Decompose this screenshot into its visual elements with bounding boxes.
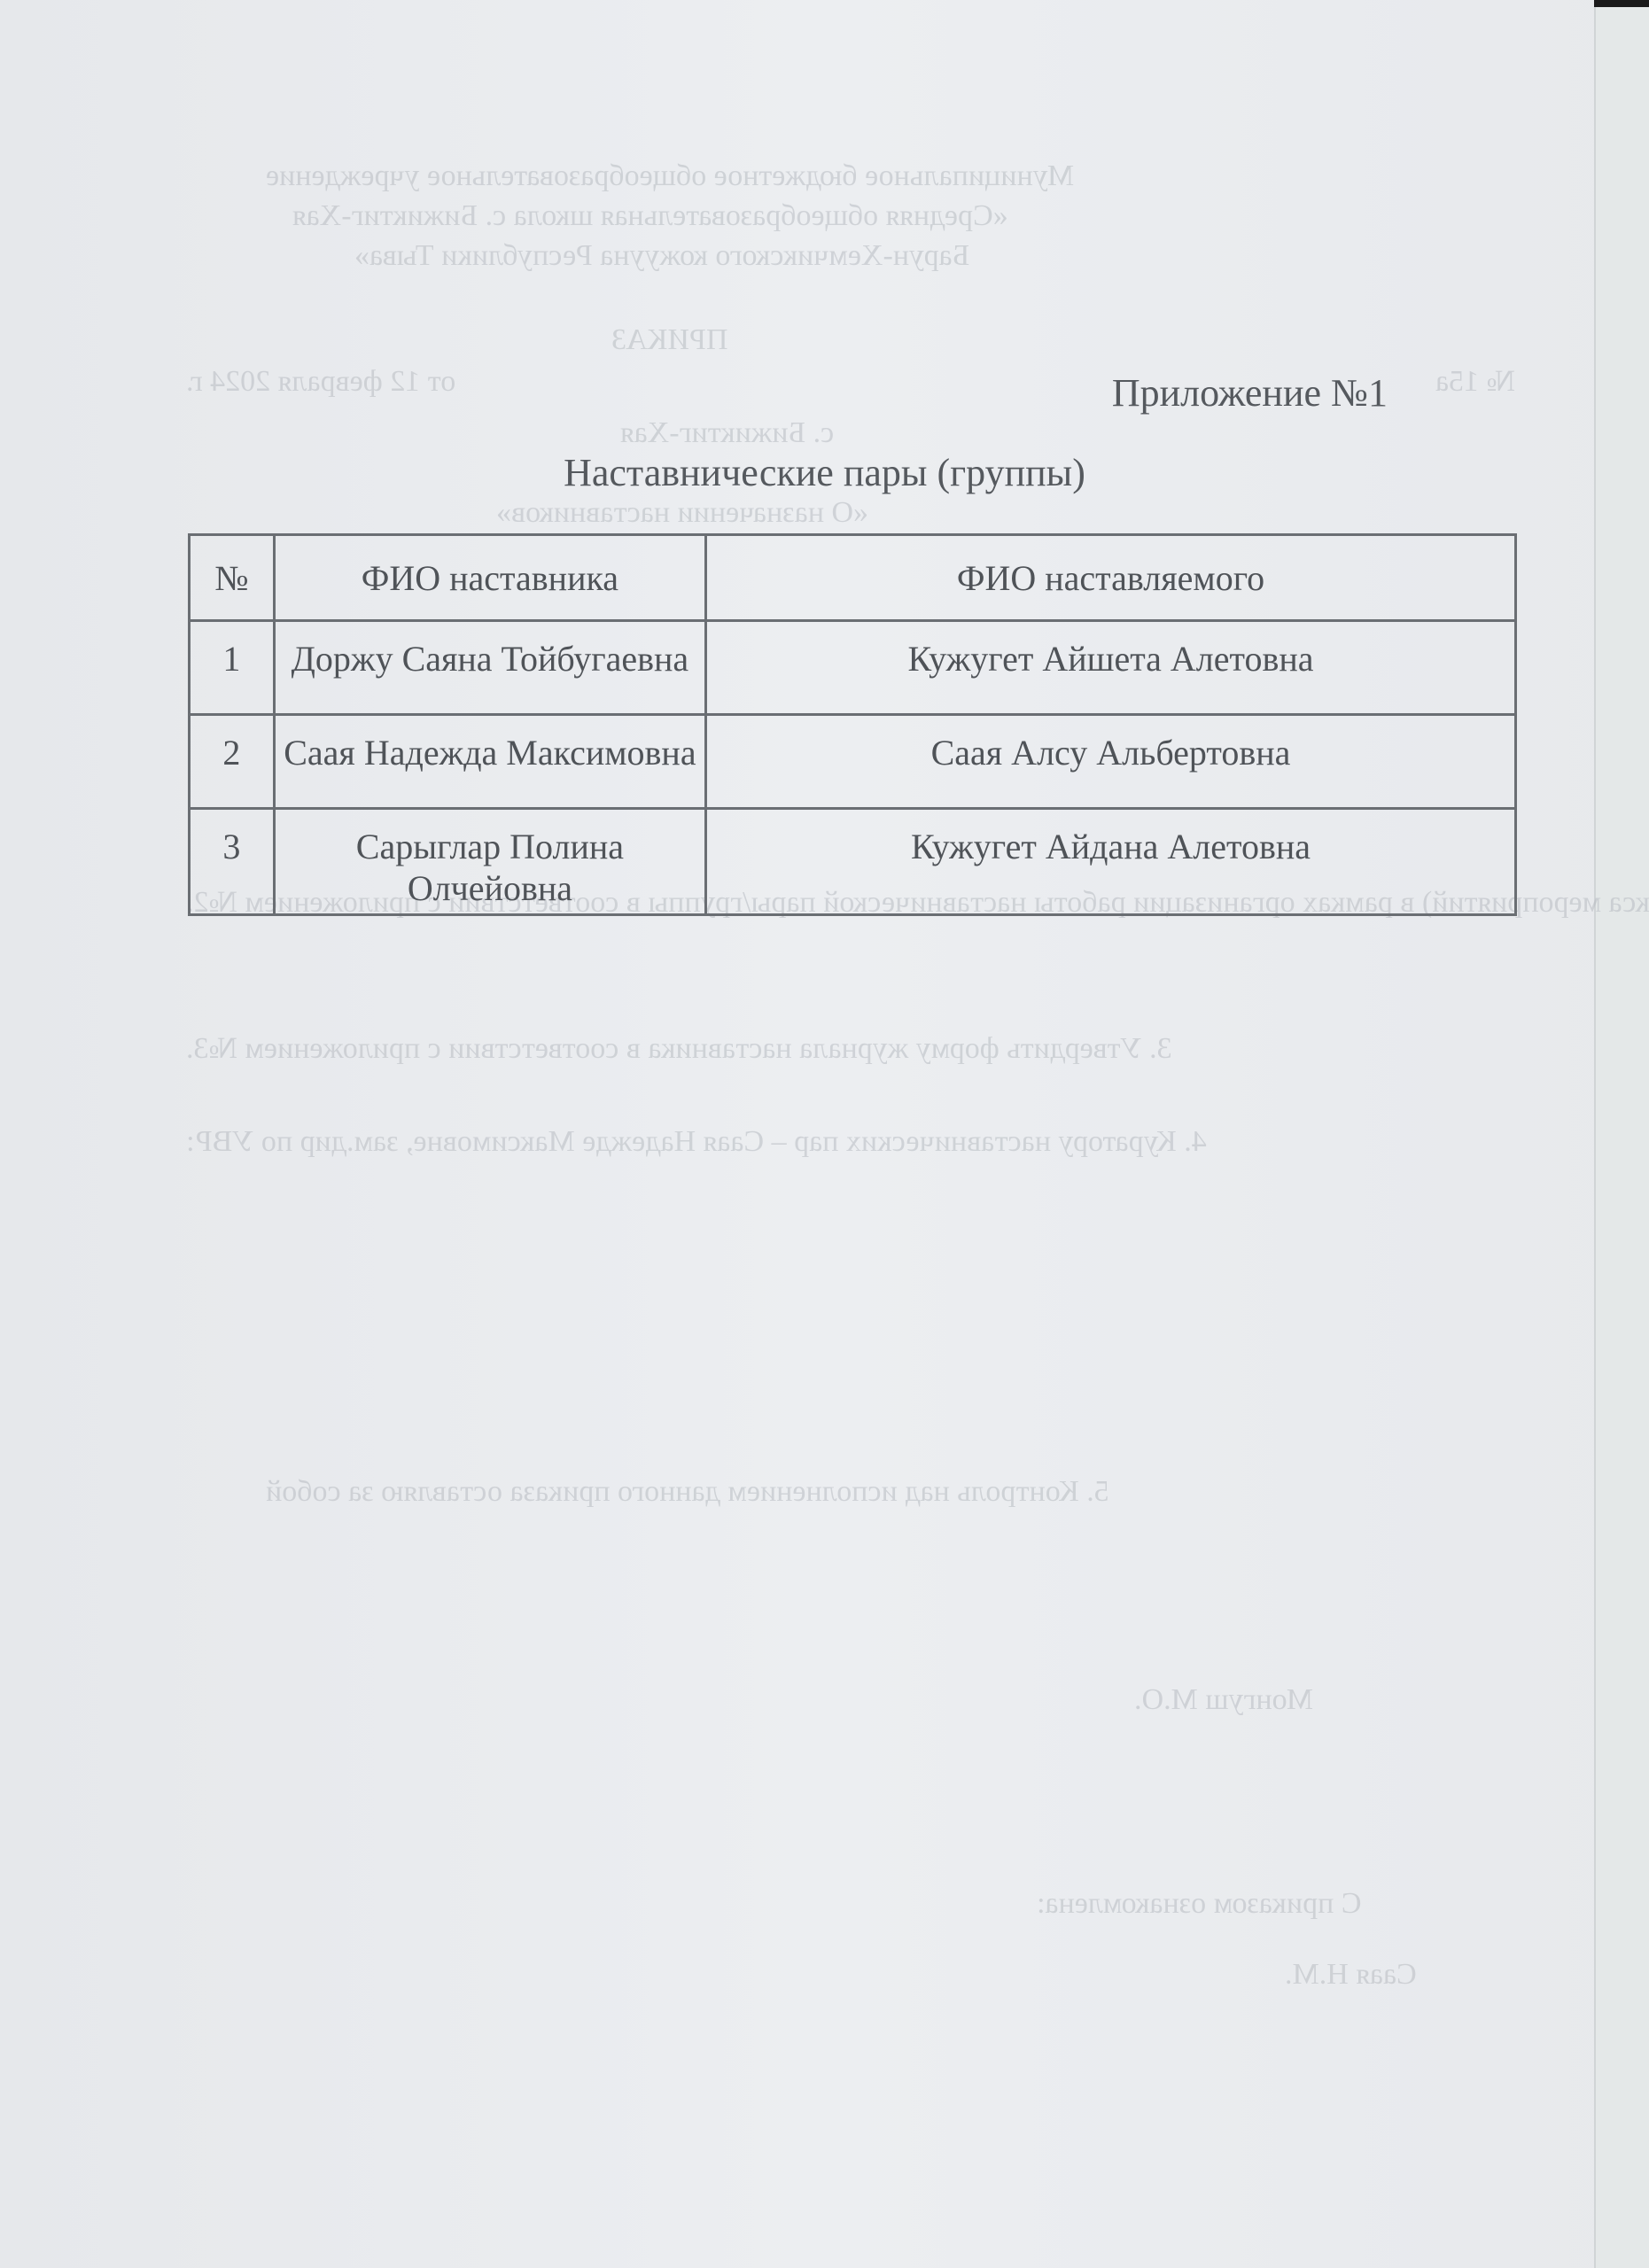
mentee-name: Кужугет Айдана Алетовна bbox=[706, 809, 1516, 915]
row-number: 1 bbox=[190, 621, 275, 715]
bleed-line-1: Муниципальное бюджетное общеобразователь… bbox=[266, 159, 1074, 193]
bleed-place: с. Бижиктиг-Хая bbox=[620, 416, 834, 450]
bleed-item-3: 3. Утвердить форму журнала наставника в … bbox=[186, 1032, 1172, 1066]
mentee-name: Саая Алсу Альбертовна bbox=[706, 715, 1516, 809]
table-header-row: № ФИО наставника ФИО наставляемого bbox=[190, 535, 1516, 621]
bleed-acquainted-name: Саая Н.М. bbox=[1285, 1958, 1417, 1992]
bleed-item-4: 4. Куратору наставнических пар – Саая На… bbox=[186, 1125, 1207, 1159]
bleed-item-5: 5. Контроль над исполнением данного прик… bbox=[266, 1475, 1109, 1509]
header-mentee: ФИО наставляемого bbox=[706, 535, 1516, 621]
mentor-name: Доржу Саяна Тойбугаевна bbox=[274, 621, 705, 715]
bleed-line-3: Барун-Хемчикского кожууна Республики Тыв… bbox=[354, 239, 969, 273]
scan-corner bbox=[1594, 0, 1649, 7]
table-row: 3 Сарыглар Полина Олчейовна Кужугет Айда… bbox=[190, 809, 1516, 915]
row-number: 3 bbox=[190, 809, 275, 915]
table-row: 1 Доржу Саяна Тойбугаевна Кужугет Айшета… bbox=[190, 621, 1516, 715]
row-number: 2 bbox=[190, 715, 275, 809]
page-edge bbox=[1594, 0, 1649, 2268]
table-row: 2 Саая Надежда Максимовна Саая Алсу Альб… bbox=[190, 715, 1516, 809]
bleed-acquainted: С приказом ознакомлена: bbox=[1037, 1887, 1361, 1921]
bleed-number: № 15а bbox=[1435, 365, 1515, 399]
bleed-date: от 12 февраля 2024 г. bbox=[186, 365, 455, 399]
appendix-label: Приложение №1 bbox=[1112, 370, 1388, 416]
bleed-line-2: «Средняя общеобразовательная школа с. Би… bbox=[292, 199, 1008, 233]
header-mentor: ФИО наставника bbox=[274, 535, 705, 621]
header-number: № bbox=[190, 535, 275, 621]
bleed-signature: Монгуш М.О. bbox=[1134, 1683, 1313, 1717]
bleed-heading: ПРИКАЗ bbox=[611, 323, 727, 357]
table-title: Наставнические пары (группы) bbox=[0, 450, 1649, 495]
mentoring-pairs-table: № ФИО наставника ФИО наставляемого 1 Дор… bbox=[188, 533, 1517, 916]
mentee-name: Кужугет Айшета Алетовна bbox=[706, 621, 1516, 715]
bleed-subject: «О назначении наставников» bbox=[496, 496, 868, 530]
mentor-name: Сарыглар Полина Олчейовна bbox=[274, 809, 705, 915]
mentor-name: Саая Надежда Максимовна bbox=[274, 715, 705, 809]
